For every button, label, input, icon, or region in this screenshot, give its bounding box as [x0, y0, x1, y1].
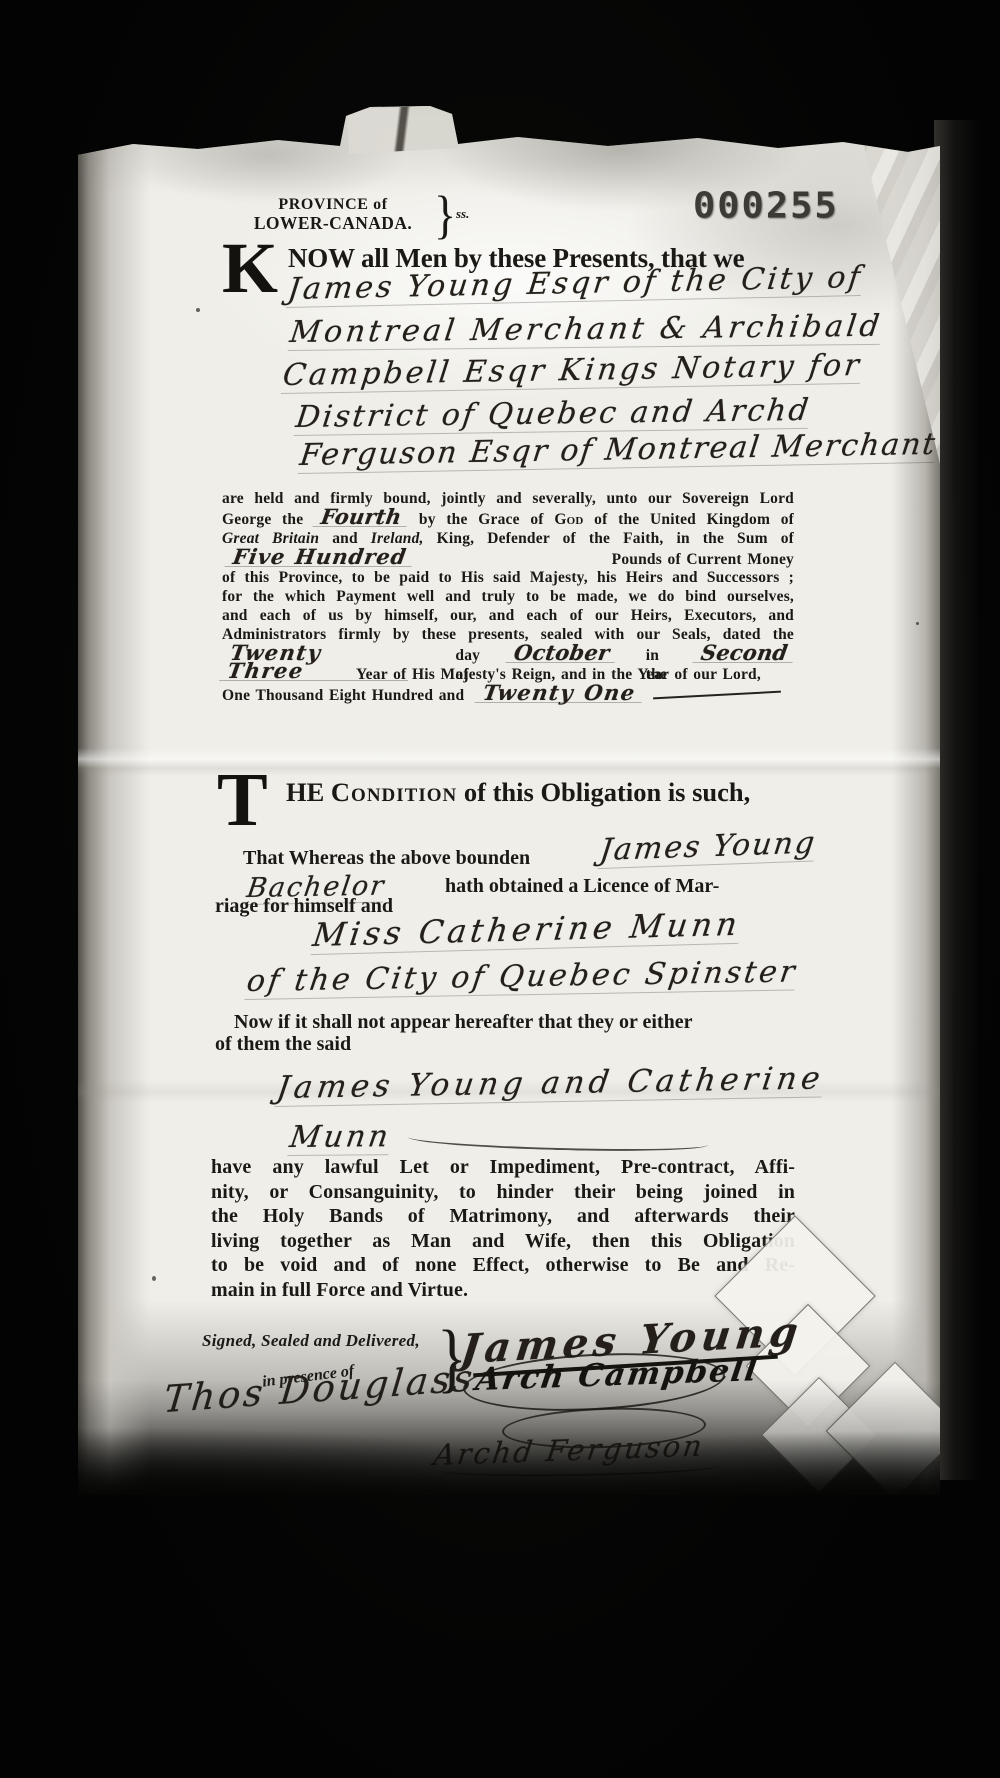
bond-paragraph: are held and firmly bound, jointly and s… — [222, 489, 794, 705]
bond-handwritten-entry: Twenty Three — [219, 644, 414, 681]
handwritten-bride-residence: of the City of Quebec Spinster — [244, 954, 799, 1000]
condition-heading-segment: Condition — [331, 777, 457, 807]
bottom-shadow-fade — [78, 1380, 940, 1495]
bond-text-segment: and each of us by himself, our, and each… — [222, 607, 794, 624]
bond-text-segment: of this Province, to be paid to His said… — [222, 569, 794, 586]
bond-line: Five Hundred Pounds of Current Money — [222, 548, 794, 568]
bond-text-segment: George the — [222, 511, 303, 528]
closing-line: living together as Man and Wife, then th… — [211, 1229, 795, 1254]
bond-text-segment: of the United Kingdom of — [594, 511, 794, 528]
ink-speck — [196, 308, 200, 312]
bond-text-segment: are held and firmly bound, jointly and s… — [222, 490, 794, 507]
bond-text-segment: Pounds of Current Money — [612, 550, 794, 569]
bond-text-segment: God — [554, 511, 583, 528]
whereas-text: hath obtained a Licence of Mar- — [445, 875, 719, 898]
closing-line: main in full Force and Virtue. — [211, 1278, 795, 1303]
scan-background: PROVINCE of LOWER-CANADA. } ss. 000255 K… — [0, 0, 1000, 1778]
province-line1: PROVINCE of — [230, 196, 436, 214]
condition-heading-segment: of this Obligation is such, — [464, 777, 750, 807]
bond-line: George the Fourth by the Grace of God of… — [222, 508, 794, 529]
bond-text-segment: for the which Payment well and truly to … — [222, 588, 794, 605]
whereas-text: That Whereas the above bounden — [243, 847, 530, 870]
folded-corner — [830, 134, 940, 464]
bond-line: for the which Payment well and truly to … — [222, 587, 794, 606]
paper-crease — [78, 748, 940, 776]
handwritten-couple-names: Munn — [287, 1119, 393, 1156]
closing-paragraph: have any lawful Let or Impediment, Pre-c… — [211, 1155, 795, 1302]
condition-heading: HE Condition of this Obligation is such, — [286, 777, 750, 808]
execution-caption: Signed, Sealed and Delivered, — [202, 1331, 420, 1351]
ink-speck — [916, 622, 919, 625]
closing-line: to be void and of none Effect, otherwise… — [211, 1253, 795, 1278]
pen-flourish — [653, 690, 781, 699]
bond-handwritten-entry: October — [505, 644, 617, 663]
bond-handwritten-entry: Twenty One — [475, 684, 645, 703]
bond-line: of this Province, to be paid to His said… — [222, 568, 794, 587]
handwritten-groom-name: James Young — [598, 825, 818, 869]
closing-line: nity, or Consanguinity, to hinder their … — [211, 1180, 795, 1205]
closing-line: the Holy Bands of Matrimony, and afterwa… — [211, 1204, 795, 1229]
bond-handwritten-entry: Second — [692, 644, 795, 663]
now-clause-text: of them the said — [215, 1033, 351, 1056]
bond-handwritten-entry: Five Hundred — [224, 548, 414, 567]
bond-handwritten-entry: Fourth — [312, 508, 409, 527]
now-clause-text: Now if it shall not appear hereafter tha… — [234, 1011, 692, 1034]
header-ss-abbreviation: ss. — [456, 206, 469, 222]
condition-heading-segment: HE — [286, 777, 324, 807]
closing-line: have any lawful Let or Impediment, Pre-c… — [211, 1155, 795, 1180]
paper-fold-tab — [347, 104, 459, 154]
page-curl-shadow — [934, 120, 980, 1480]
bond-text-segment: One Thousand Eight Hundred and — [222, 686, 464, 705]
ink-speck — [152, 1276, 156, 1281]
bond-text-segment: King, Defender of the Faith, in the Sum … — [437, 530, 794, 547]
bond-line: Twenty Three day of October in the Secon… — [222, 644, 794, 665]
handwritten-party-line: Montreal Merchant & Archibald — [288, 309, 885, 351]
paper-sheet: PROVINCE of LOWER-CANADA. } ss. 000255 K… — [78, 100, 940, 1495]
bond-line: One Thousand Eight Hundred and Twenty On… — [222, 684, 794, 705]
dropcap-t: T — [217, 770, 268, 830]
stamp-number: 000255 — [693, 185, 839, 226]
handwritten-party-line: Campbell Esqr Kings Notary for — [281, 348, 864, 394]
dropcap-k: K — [222, 240, 278, 296]
bond-text-segment: by the Grace of — [419, 511, 544, 528]
header-brace: } — [434, 189, 456, 242]
bond-line: are held and firmly bound, jointly and s… — [222, 489, 794, 508]
pen-flourish — [408, 1128, 708, 1154]
bond-line: and each of us by himself, our, and each… — [222, 606, 794, 625]
